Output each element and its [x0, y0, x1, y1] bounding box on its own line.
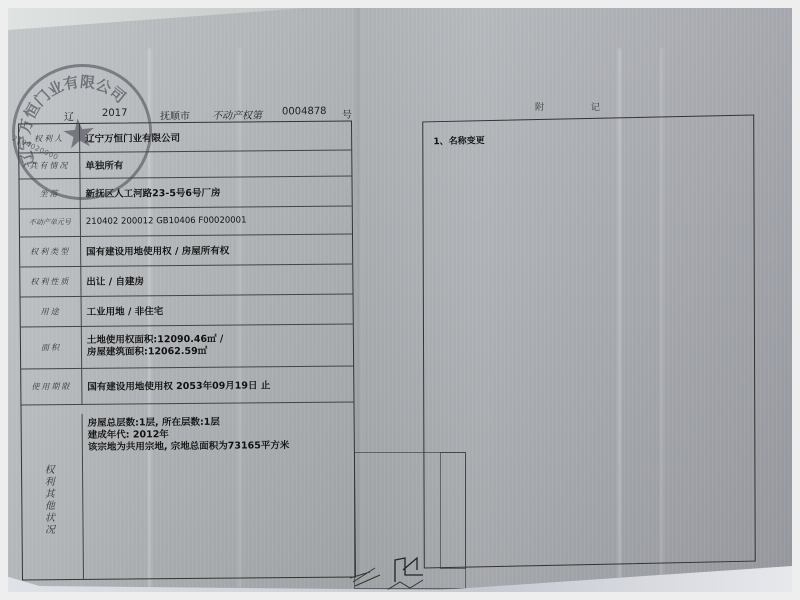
field-label: 权利性质	[20, 266, 81, 297]
cert-type: 不动产权第	[212, 107, 262, 122]
company-seal: 辽宁万恒门业有限公司 ★ 2104020000	[5, 57, 158, 207]
other-status-line: 该宗地为共用宗地, 宗地总面积为73165平方米	[88, 440, 350, 454]
field-row-right-nature: 权利性质 出让 / 自建房	[20, 264, 352, 298]
other-status-lines: 房屋总层数:1层, 所在层数:1层 建成年代: 2012年 该宗地为共用宗地, …	[88, 416, 350, 454]
field-value: 工业用地 / 非住宅	[87, 294, 349, 326]
field-row-area: 面积 土地使用权面积:12090.46㎡ / 房屋建筑面积:12062.59㎡	[21, 324, 353, 370]
field-value: 土地使用权面积:12090.46㎡ / 房屋建筑面积:12062.59㎡	[87, 324, 349, 368]
field-row-usage: 用途 工业用地 / 非住宅	[21, 294, 353, 328]
field-row-term: 使用期限 国有建设用地使用权 2053年09月19日 止	[21, 366, 353, 406]
annex-entry: 1、名称变更	[433, 133, 484, 147]
field-label: 面积	[21, 326, 82, 369]
other-status-section: 权利其他状况 房屋总层数:1层, 所在层数:1层 建成年代: 2012年 该宗地…	[22, 412, 355, 580]
other-status-label: 权利其他状况	[40, 464, 55, 536]
seal-star-icon: ★	[59, 110, 99, 159]
cert-city: 抚顺市	[160, 107, 190, 122]
field-label: 使用期限	[21, 368, 82, 405]
cert-suffix: 号	[342, 106, 352, 121]
field-value: 国有建设用地使用权 / 房屋所有权	[86, 234, 348, 266]
annex-title: 附 记	[535, 100, 622, 113]
field-value: 国有建设用地使用权 2053年09月19日 止	[87, 366, 349, 404]
cert-number: 0004878	[282, 106, 327, 117]
field-label: 权利类型	[20, 236, 81, 267]
field-value: 出让 / 自建房	[86, 264, 348, 296]
annex-box: 1、名称变更	[422, 114, 755, 568]
field-label: 不动产单元号	[20, 208, 81, 237]
field-value: 210402 200012 GB10406 F00020001	[86, 206, 348, 236]
field-row-unit-number: 不动产单元号 210402 200012 GB10406 F00020001	[20, 206, 352, 238]
field-row-right-type: 权利类型 国有建设用地使用权 / 房屋所有权	[20, 234, 352, 268]
field-label: 用途	[21, 296, 82, 327]
building-area: 房屋建筑面积:12062.59㎡	[87, 346, 207, 359]
faint-frame	[440, 452, 466, 569]
signature-scribble	[345, 520, 435, 590]
